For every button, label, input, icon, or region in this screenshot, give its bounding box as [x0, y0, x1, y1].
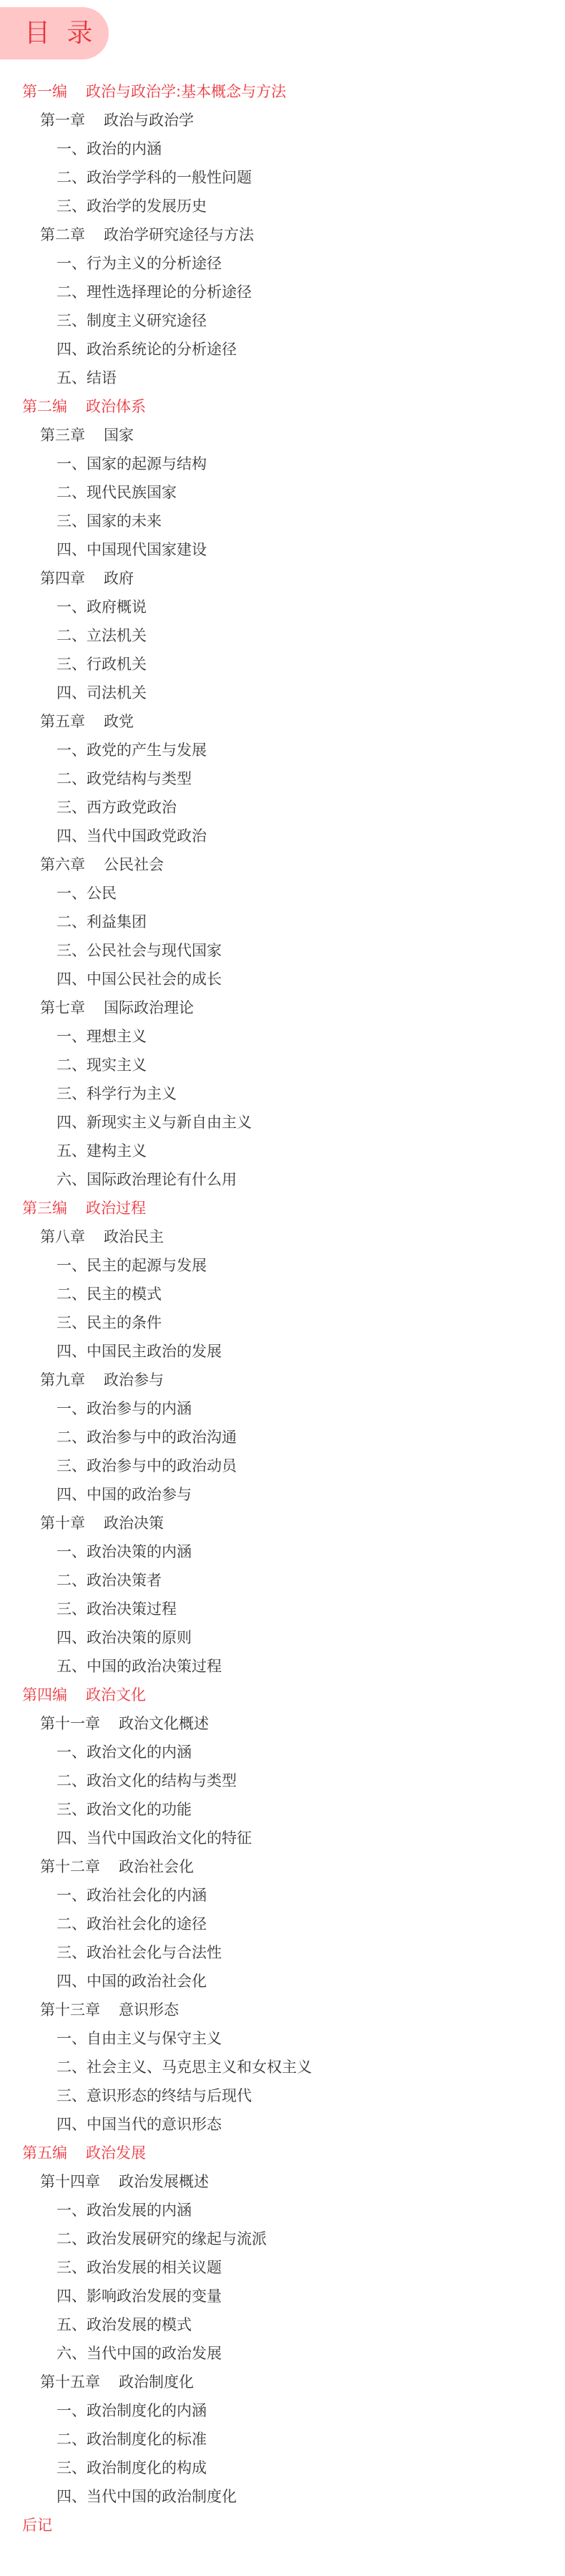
toc-part-link[interactable]: 第一编政治与政治学:基本概念与方法 [0, 77, 565, 106]
toc-chapter-number: 第一章 [40, 106, 85, 135]
toc-section-title: 二、政治参与中的政治沟通 [56, 1429, 237, 1446]
toc-chapter-link[interactable]: 第一章政治与政治学 [0, 106, 565, 135]
toc-chapter-title: 政党 [104, 713, 134, 730]
toc-section-title: 四、政治决策的原则 [56, 1629, 192, 1646]
toc-section-link[interactable]: 二、政治制度化的标准 [0, 2425, 565, 2454]
toc-section-title: 二、社会主义、马克思主义和女权主义 [56, 2059, 312, 2076]
toc-section-title: 二、政治发展研究的缘起与流派 [56, 2230, 267, 2247]
toc-section-link[interactable]: 三、国家的未来 [0, 507, 565, 535]
toc-chapter-link[interactable]: 第八章政治民主 [0, 1223, 565, 1251]
toc-section-title: 五、结语 [56, 369, 117, 387]
toc-section-link[interactable]: 三、政治参与中的政治动员 [0, 1452, 565, 1480]
toc-section-link[interactable]: 三、意识形态的终结与后现代 [0, 2081, 565, 2110]
toc-chapter-number: 第十四章 [40, 2167, 100, 2196]
toc-section-link[interactable]: 一、公民 [0, 879, 565, 908]
toc-part-number: 第一编 [22, 77, 67, 106]
toc-section-title: 一、政党的产生与发展 [56, 742, 207, 759]
toc-section-title: 三、政治参与中的政治动员 [56, 1457, 237, 1474]
toc-part-number: 第二编 [22, 392, 67, 421]
toc-section-link[interactable]: 四、当代中国的政治制度化 [0, 2482, 565, 2511]
toc-chapter-link[interactable]: 第三章国家 [0, 421, 565, 449]
toc-section-link[interactable]: 三、行政机关 [0, 650, 565, 679]
toc-chapter-link[interactable]: 第二章政治学研究途径与方法 [0, 220, 565, 249]
toc-part-number: 第三编 [22, 1194, 67, 1223]
toc-chapter-link[interactable]: 第六章公民社会 [0, 850, 565, 879]
toc-section-link[interactable]: 一、政治决策的内涵 [0, 1537, 565, 1566]
toc-section-link[interactable]: 一、政府概说 [0, 593, 565, 621]
toc-section-title: 一、政治社会化的内涵 [56, 1887, 207, 1904]
toc-section-link[interactable]: 四、影响政治发展的变量 [0, 2282, 565, 2310]
toc-section-title: 五、政治发展的模式 [56, 2316, 192, 2333]
toc-section-link[interactable]: 二、民主的模式 [0, 1280, 565, 1308]
toc-section-title: 四、当代中国的政治制度化 [56, 2488, 237, 2505]
toc-part-link[interactable]: 第三编政治过程 [0, 1194, 565, 1223]
toc-end-title: 后记 [22, 2517, 52, 2534]
toc-part-link[interactable]: 第四编政治文化 [0, 1681, 565, 1709]
toc-section-link[interactable]: 三、政治制度化的构成 [0, 2454, 565, 2482]
toc-section-title: 四、影响政治发展的变量 [56, 2288, 222, 2305]
toc-section-title: 三、西方政党政治 [56, 799, 177, 816]
toc-section-link[interactable]: 一、自由主义与保守主义 [0, 2024, 565, 2053]
toc-section-link[interactable]: 一、政治参与的内涵 [0, 1394, 565, 1423]
toc-section-title: 二、现代民族国家 [56, 484, 177, 501]
toc-section-title: 三、政治社会化与合法性 [56, 1944, 222, 1961]
table-of-contents: 第一编政治与政治学:基本概念与方法第一章政治与政治学一、政治的内涵二、政治学学科… [0, 77, 565, 2539]
toc-part-title: 政治与政治学:基本概念与方法 [86, 83, 286, 100]
toc-section-link[interactable]: 一、行为主义的分析途径 [0, 249, 565, 278]
toc-section-title: 一、政治发展的内涵 [56, 2202, 192, 2219]
toc-section-link[interactable]: 二、政治社会化的途径 [0, 1910, 565, 1938]
toc-chapter-link[interactable]: 第十二章政治社会化 [0, 1852, 565, 1881]
toc-section-title: 一、政治决策的内涵 [56, 1543, 192, 1560]
toc-section-title: 一、政治文化的内涵 [56, 1744, 192, 1761]
toc-section-title: 三、科学行为主义 [56, 1085, 177, 1102]
toc-section-title: 二、政治学学科的一般性问题 [56, 169, 252, 186]
toc-section-link[interactable]: 一、政治制度化的内涵 [0, 2396, 565, 2425]
toc-section-title: 四、政治系统论的分析途径 [56, 341, 237, 358]
toc-section-link[interactable]: 三、制度主义研究途径 [0, 306, 565, 335]
toc-chapter-link[interactable]: 第十一章政治文化概述 [0, 1709, 565, 1738]
toc-chapter-title: 政治学研究途径与方法 [104, 226, 254, 243]
toc-section-title: 四、中国的政治社会化 [56, 1973, 207, 1990]
toc-section-title: 三、政治决策过程 [56, 1600, 177, 1618]
toc-section-title: 三、制度主义研究途径 [56, 312, 207, 329]
toc-section-link[interactable]: 二、现代民族国家 [0, 478, 565, 507]
toc-section-title: 三、政治学的发展历史 [56, 198, 207, 215]
toc-chapter-number: 第三章 [40, 421, 85, 449]
toc-chapter-link[interactable]: 第十章政治决策 [0, 1509, 565, 1537]
toc-section-link[interactable]: 二、现实主义 [0, 1051, 565, 1079]
toc-chapter-title: 政治民主 [104, 1228, 164, 1245]
toc-section-link[interactable]: 四、政治决策的原则 [0, 1623, 565, 1652]
toc-section-link[interactable]: 二、政治决策者 [0, 1566, 565, 1595]
toc-section-title: 四、新现实主义与新自由主义 [56, 1114, 252, 1131]
toc-section-link[interactable]: 五、结语 [0, 364, 565, 392]
toc-chapter-number: 第十二章 [40, 1852, 100, 1881]
toc-section-link[interactable]: 六、当代中国的政治发展 [0, 2339, 565, 2368]
toc-section-link[interactable]: 二、社会主义、马克思主义和女权主义 [0, 2053, 565, 2081]
toc-section-link[interactable]: 二、政党结构与类型 [0, 764, 565, 793]
toc-section-title: 三、行政机关 [56, 656, 147, 673]
toc-section-title: 五、建构主义 [56, 1142, 147, 1160]
toc-section-link[interactable]: 四、中国公民社会的成长 [0, 965, 565, 993]
toc-section-link[interactable]: 一、政治发展的内涵 [0, 2196, 565, 2225]
toc-section-link[interactable]: 三、政治社会化与合法性 [0, 1938, 565, 1967]
toc-section-title: 一、自由主义与保守主义 [56, 2030, 222, 2047]
toc-section-link[interactable]: 一、理想主义 [0, 1022, 565, 1051]
toc-section-title: 一、民主的起源与发展 [56, 1257, 207, 1274]
toc-chapter-title: 政治与政治学 [104, 112, 194, 129]
toc-chapter-number: 第六章 [40, 850, 85, 879]
toc-section-title: 三、意识形态的终结与后现代 [56, 2087, 252, 2104]
toc-section-title: 二、政治制度化的标准 [56, 2431, 207, 2448]
toc-chapter-title: 意识形态 [119, 2001, 179, 2018]
toc-chapter-title: 公民社会 [104, 856, 164, 873]
toc-section-link[interactable]: 二、政治学学科的一般性问题 [0, 163, 565, 192]
toc-chapter-link[interactable]: 第十四章政治发展概述 [0, 2167, 565, 2196]
toc-section-title: 四、中国现代国家建设 [56, 541, 207, 558]
toc-part-title: 政治文化 [86, 1686, 146, 1703]
toc-section-link[interactable]: 四、新现实主义与新自由主义 [0, 1108, 565, 1137]
toc-section-link[interactable]: 二、利益集团 [0, 908, 565, 936]
toc-chapter-title: 国际政治理论 [104, 999, 194, 1016]
toc-section-title: 三、国家的未来 [56, 512, 162, 530]
toc-section-link[interactable]: 三、政治学的发展历史 [0, 192, 565, 220]
toc-section-link[interactable]: 五、建构主义 [0, 1137, 565, 1165]
toc-section-link[interactable]: 三、西方政党政治 [0, 793, 565, 822]
toc-header-badge: 目 录 [0, 7, 109, 59]
toc-part-title: 政治体系 [86, 398, 146, 415]
toc-section-title: 二、现实主义 [56, 1056, 147, 1074]
toc-chapter-number: 第十五章 [40, 2368, 100, 2396]
toc-section-title: 四、当代中国政党政治 [56, 827, 207, 845]
toc-chapter-number: 第九章 [40, 1366, 85, 1394]
toc-section-title: 二、政治社会化的途径 [56, 1915, 207, 1933]
toc-section-link[interactable]: 二、政治参与中的政治沟通 [0, 1423, 565, 1452]
toc-section-link[interactable]: 二、政治发展研究的缘起与流派 [0, 2225, 565, 2253]
toc-section-title: 三、民主的条件 [56, 1314, 162, 1331]
toc-section-link[interactable]: 四、政治系统论的分析途径 [0, 335, 565, 364]
toc-chapter-title: 政治文化概述 [119, 1715, 209, 1732]
toc-section-title: 一、政治参与的内涵 [56, 1400, 192, 1417]
toc-section-link[interactable]: 二、政治文化的结构与类型 [0, 1766, 565, 1795]
toc-section-link[interactable]: 三、政治文化的功能 [0, 1795, 565, 1824]
toc-chapter-link[interactable]: 第四章政府 [0, 564, 565, 593]
toc-section-link[interactable]: 五、中国的政治决策过程 [0, 1652, 565, 1681]
toc-title: 目 录 [24, 21, 97, 47]
toc-chapter-title: 政治决策 [104, 1515, 164, 1532]
toc-section-title: 二、利益集团 [56, 913, 147, 930]
toc-section-link[interactable]: 一、政治社会化的内涵 [0, 1881, 565, 1910]
toc-section-link[interactable]: 四、中国的政治社会化 [0, 1967, 565, 1996]
toc-chapter-number: 第二章 [40, 220, 85, 249]
toc-section-link[interactable]: 三、公民社会与现代国家 [0, 936, 565, 965]
toc-section-title: 一、国家的起源与结构 [56, 455, 207, 472]
toc-section-link[interactable]: 四、中国民主政治的发展 [0, 1337, 565, 1366]
toc-end-link[interactable]: 后记 [0, 2511, 565, 2539]
toc-chapter-title: 政治发展概述 [119, 2173, 209, 2190]
toc-chapter-title: 政治制度化 [119, 2373, 194, 2391]
toc-section-link[interactable]: 二、立法机关 [0, 621, 565, 650]
toc-section-title: 二、理性选择理论的分析途径 [56, 283, 252, 301]
toc-section-link[interactable]: 一、政治的内涵 [0, 135, 565, 163]
toc-section-link[interactable]: 四、当代中国政治文化的特征 [0, 1824, 565, 1852]
toc-section-title: 一、公民 [56, 885, 117, 902]
toc-part-number: 第五编 [22, 2139, 67, 2167]
toc-section-title: 六、当代中国的政治发展 [56, 2345, 222, 2362]
toc-chapter-link[interactable]: 第五章政党 [0, 707, 565, 736]
toc-section-title: 二、政党结构与类型 [56, 770, 192, 787]
toc-section-title: 四、中国公民社会的成长 [56, 971, 222, 988]
toc-part-link[interactable]: 第五编政治发展 [0, 2139, 565, 2167]
toc-section-link[interactable]: 四、中国现代国家建设 [0, 535, 565, 564]
toc-part-title: 政治发展 [86, 2144, 146, 2162]
toc-section-link[interactable]: 三、政治发展的相关议题 [0, 2253, 565, 2282]
toc-section-title: 一、理想主义 [56, 1028, 147, 1045]
toc-chapter-link[interactable]: 第七章国际政治理论 [0, 993, 565, 1022]
toc-chapter-title: 政治参与 [104, 1371, 164, 1389]
toc-section-title: 三、公民社会与现代国家 [56, 942, 222, 959]
toc-chapter-number: 第十三章 [40, 1996, 100, 2024]
toc-section-title: 四、中国当代的意识形态 [56, 2116, 222, 2133]
toc-section-link[interactable]: 一、政党的产生与发展 [0, 736, 565, 764]
toc-chapter-title: 政治社会化 [119, 1858, 194, 1875]
toc-section-title: 一、政治制度化的内涵 [56, 2402, 207, 2419]
toc-section-link[interactable]: 三、民主的条件 [0, 1308, 565, 1337]
toc-section-link[interactable]: 一、民主的起源与发展 [0, 1251, 565, 1280]
toc-section-title: 二、政治决策者 [56, 1572, 162, 1589]
toc-section-title: 六、国际政治理论有什么用 [56, 1171, 237, 1188]
toc-chapter-number: 第七章 [40, 993, 85, 1022]
toc-section-title: 二、立法机关 [56, 627, 147, 644]
toc-chapter-number: 第十章 [40, 1509, 85, 1537]
toc-chapter-number: 第十一章 [40, 1709, 100, 1738]
toc-chapter-link[interactable]: 第九章政治参与 [0, 1366, 565, 1394]
toc-section-title: 一、政府概说 [56, 598, 147, 616]
toc-part-number: 第四编 [22, 1681, 67, 1709]
toc-section-title: 二、政治文化的结构与类型 [56, 1772, 237, 1789]
toc-section-title: 四、中国民主政治的发展 [56, 1343, 222, 1360]
toc-section-title: 四、当代中国政治文化的特征 [56, 1829, 252, 1847]
toc-chapter-link[interactable]: 第十五章政治制度化 [0, 2368, 565, 2396]
toc-chapter-title: 国家 [104, 427, 134, 444]
toc-part-link[interactable]: 第二编政治体系 [0, 392, 565, 421]
toc-section-title: 四、中国的政治参与 [56, 1486, 192, 1503]
toc-section-title: 三、政治发展的相关议题 [56, 2259, 222, 2276]
toc-section-link[interactable]: 五、政治发展的模式 [0, 2310, 565, 2339]
toc-chapter-link[interactable]: 第十三章意识形态 [0, 1996, 565, 2024]
toc-section-link[interactable]: 四、中国的政治参与 [0, 1480, 565, 1509]
toc-section-link[interactable]: 一、政治文化的内涵 [0, 1738, 565, 1766]
toc-section-link[interactable]: 三、政治决策过程 [0, 1595, 565, 1623]
toc-section-title: 二、民主的模式 [56, 1285, 162, 1303]
toc-chapter-number: 第四章 [40, 564, 85, 593]
toc-chapter-number: 第八章 [40, 1223, 85, 1251]
toc-section-link[interactable]: 一、国家的起源与结构 [0, 449, 565, 478]
toc-section-link[interactable]: 三、科学行为主义 [0, 1079, 565, 1108]
toc-section-title: 五、中国的政治决策过程 [56, 1658, 222, 1675]
toc-section-link[interactable]: 四、司法机关 [0, 679, 565, 707]
toc-section-title: 四、司法机关 [56, 684, 147, 701]
toc-section-title: 三、政治文化的功能 [56, 1801, 192, 1818]
toc-chapter-title: 政府 [104, 570, 134, 587]
toc-part-title: 政治过程 [86, 1200, 146, 1217]
toc-section-link[interactable]: 四、当代中国政党政治 [0, 822, 565, 850]
toc-section-title: 一、政治的内涵 [56, 140, 162, 157]
toc-chapter-number: 第五章 [40, 707, 85, 736]
toc-section-title: 三、政治制度化的构成 [56, 2459, 207, 2477]
toc-section-link[interactable]: 六、国际政治理论有什么用 [0, 1165, 565, 1194]
toc-section-link[interactable]: 四、中国当代的意识形态 [0, 2110, 565, 2139]
toc-section-link[interactable]: 二、理性选择理论的分析途径 [0, 278, 565, 306]
toc-section-title: 一、行为主义的分析途径 [56, 255, 222, 272]
